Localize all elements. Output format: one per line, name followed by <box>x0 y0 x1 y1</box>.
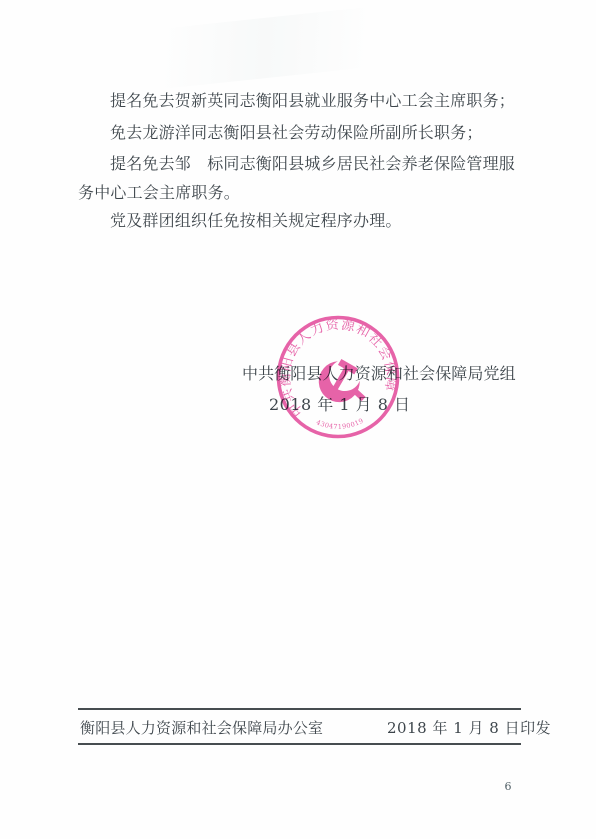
scanned-document-page: 提名免去贺新英同志衡阳县就业服务中心工会主席职务； 免去龙游洋同志衡阳县社会劳动… <box>0 0 596 839</box>
body-line-1: 提名免去贺新英同志衡阳县就业服务中心工会主席职务； <box>110 88 515 111</box>
footer-separator-line-bottom <box>78 743 521 745</box>
body-line-5: 党及群团组织任免按相关规定程序办理。 <box>110 208 402 231</box>
footer-separator-line-top <box>78 708 521 710</box>
body-line-2: 免去龙游洋同志衡阳县社会劳动保险所副所长职务； <box>110 120 483 143</box>
scan-artifact-streak <box>88 0 442 96</box>
footer-print-date: 2018 年 1 月 8 日印发 <box>387 717 551 738</box>
signature-date: 2018 年 1 月 8 日 <box>269 392 411 415</box>
page-number: 6 <box>501 780 515 793</box>
body-line-3: 提名免去邹 标同志衡阳县城乡居民社会养老保险管理服 <box>110 151 515 174</box>
footer-issuing-office: 衡阳县人力资源和社会保障局办公室 <box>80 717 323 738</box>
body-line-4: 务中心工会主席职务。 <box>78 180 240 203</box>
signature-organization: 中共衡阳县人力资源和社会保障局党组 <box>242 361 516 384</box>
